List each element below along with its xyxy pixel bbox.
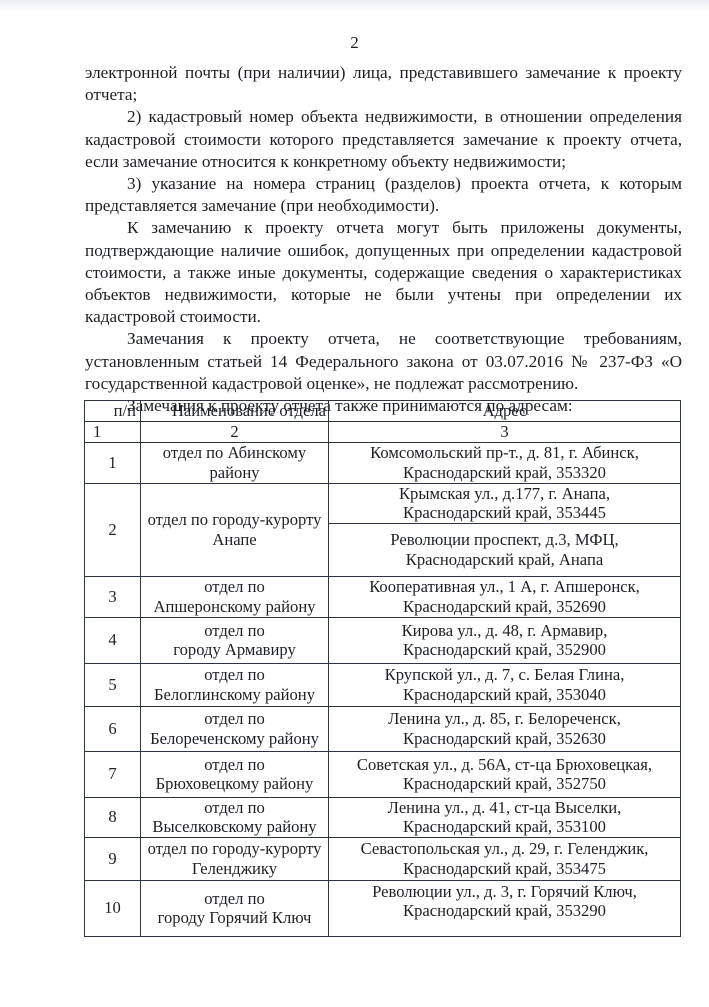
column-index: 1 — [85, 422, 141, 443]
department-name-line: Брюховецкому району — [143, 774, 326, 794]
scan-bleed-artifact — [0, 0, 709, 10]
department-address: Крымская ул., д.177, г. Анапа,Краснодарс… — [329, 483, 681, 523]
paragraph: 2) кадастровый номер объекта недвижимост… — [85, 106, 682, 173]
department-name-line: отдел по — [143, 621, 326, 641]
department-name-line: Анапе — [143, 530, 326, 550]
department-address: Советская ул., д. 56А, ст-ца Брюховецкая… — [329, 751, 681, 797]
department-name: отдел по городу-курортуГеленджику — [141, 837, 329, 880]
address-line: Краснодарский край, 353100 — [331, 817, 678, 837]
column-header-department: Наименование отдела — [141, 401, 329, 422]
department-name-line: отдел по городу-курорту — [143, 839, 326, 859]
address-line: Ленина ул., д. 85, г. Белореченск, — [331, 709, 678, 729]
address-line: Кирова ул., д. 48, г. Армавир, — [331, 621, 678, 641]
address-line: Краснодарский край, 353445 — [331, 503, 678, 523]
address-line: Революции проспект, д.3, МФЦ, — [331, 530, 678, 550]
department-name-line: Белоглинскому району — [143, 685, 326, 705]
table-body: 1отдел по АбинскомурайонуКомсомольский п… — [85, 442, 681, 936]
column-header-address: Адрес — [329, 401, 681, 422]
department-address: Ленина ул., д. 41, ст-ца Выселки,Краснод… — [329, 797, 681, 837]
address-line: Крымская ул., д.177, г. Анапа, — [331, 484, 678, 504]
address-line: Краснодарский край, 353040 — [331, 685, 678, 705]
address-line: Краснодарский край, 352690 — [331, 597, 678, 617]
row-number: 5 — [85, 663, 141, 706]
department-name: отдел по городу-курортуАнапе — [141, 483, 329, 576]
department-name: отдел поБрюховецкому району — [141, 751, 329, 797]
department-name-line: Выселковскому району — [143, 817, 326, 837]
table-index-row: 1 2 3 — [85, 422, 681, 443]
department-name-line: отдел по — [143, 755, 326, 775]
department-name-line: району — [143, 463, 326, 483]
table-row: 1отдел по АбинскомурайонуКомсомольский п… — [85, 442, 681, 483]
row-number: 1 — [85, 442, 141, 483]
row-number: 2 — [85, 483, 141, 576]
paragraph: 3) указание на номера страниц (разделов)… — [85, 173, 682, 217]
departments-address-table: п/п Наименование отдела Адрес 1 2 3 1отд… — [84, 400, 681, 937]
department-address: Революции проспект, д.3, МФЦ,Краснодарск… — [329, 523, 681, 576]
row-number: 8 — [85, 797, 141, 837]
address-line: Краснодарский край, 352630 — [331, 729, 678, 749]
address-line: Краснодарский край, 352900 — [331, 640, 678, 660]
department-name-line: Апшеронскому району — [143, 597, 326, 617]
page-number: 2 — [0, 33, 709, 53]
row-number: 6 — [85, 706, 141, 751]
department-name-line: городу Армавиру — [143, 640, 326, 660]
table-row: 9отдел по городу-курортуГеленджикуСеваст… — [85, 837, 681, 880]
paragraph: электронной почты (при наличии) лица, пр… — [85, 62, 682, 106]
table-row: 6отдел поБелореченскому районуЛенина ул.… — [85, 706, 681, 751]
department-name-line: отдел по — [143, 889, 326, 909]
table-header-row: п/п Наименование отдела Адрес — [85, 401, 681, 422]
address-line: Ленина ул., д. 41, ст-ца Выселки, — [331, 798, 678, 818]
department-name: отдел поБелоглинскому району — [141, 663, 329, 706]
address-line: Революции ул., д. 3, г. Горячий Ключ, — [331, 882, 678, 902]
paragraph: К замечанию к проекту отчета могут быть … — [85, 217, 682, 328]
department-name: отдел погороду Армавиру — [141, 617, 329, 663]
table-row: 5отдел поБелоглинскому районуКрупской ул… — [85, 663, 681, 706]
department-name-line: Белореченскому району — [143, 729, 326, 749]
department-name-line: Геленджику — [143, 859, 326, 879]
column-index: 3 — [329, 422, 681, 443]
department-address: Революции ул., д. 3, г. Горячий Ключ,Кра… — [329, 880, 681, 936]
department-address: Кирова ул., д. 48, г. Армавир,Краснодарс… — [329, 617, 681, 663]
column-header-number: п/п — [85, 401, 141, 422]
department-name: отдел поБелореченскому району — [141, 706, 329, 751]
address-line: Краснодарский край, 353475 — [331, 859, 678, 879]
body-text: электронной почты (при наличии) лица, пр… — [85, 62, 682, 417]
department-name-line: отдел по — [143, 665, 326, 685]
address-line: Краснодарский край, 353320 — [331, 463, 678, 483]
address-line: Советская ул., д. 56А, ст-ца Брюховецкая… — [331, 755, 678, 775]
row-number: 3 — [85, 576, 141, 617]
table-row: 7отдел поБрюховецкому районуСоветская ул… — [85, 751, 681, 797]
row-number: 9 — [85, 837, 141, 880]
department-address: Комсомольский пр-т., д. 81, г. Абинск,Кр… — [329, 442, 681, 483]
department-name-line: городу Горячий Ключ — [143, 908, 326, 928]
department-name: отдел поВыселковскому району — [141, 797, 329, 837]
column-index: 2 — [141, 422, 329, 443]
department-name: отдел погороду Горячий Ключ — [141, 880, 329, 936]
department-name-line: отдел по — [143, 709, 326, 729]
address-line: Севастопольская ул., д. 29, г. Геленджик… — [331, 839, 678, 859]
table-row: 10отдел погороду Горячий КлючРеволюции у… — [85, 880, 681, 936]
department-address: Севастопольская ул., д. 29, г. Геленджик… — [329, 837, 681, 880]
table-row: 8отдел поВыселковскому районуЛенина ул.,… — [85, 797, 681, 837]
table-row: 3отдел поАпшеронскому районуКооперативна… — [85, 576, 681, 617]
row-number: 7 — [85, 751, 141, 797]
address-line: Краснодарский край, 353290 — [331, 901, 678, 921]
paragraph: Замечания к проекту отчета, не соответст… — [85, 328, 682, 395]
address-line: Крупской ул., д. 7, с. Белая Глина, — [331, 665, 678, 685]
department-name-line: отдел по Абинскому — [143, 443, 326, 463]
row-number: 4 — [85, 617, 141, 663]
department-name-line: отдел по — [143, 798, 326, 818]
department-address: Крупской ул., д. 7, с. Белая Глина,Красн… — [329, 663, 681, 706]
department-name-line: отдел по городу-курорту — [143, 510, 326, 530]
table-row: 4отдел погороду АрмавируКирова ул., д. 4… — [85, 617, 681, 663]
address-line: Краснодарский край, Анапа — [331, 550, 678, 570]
address-line: Краснодарский край, 352750 — [331, 774, 678, 794]
department-name: отдел по Абинскомурайону — [141, 442, 329, 483]
department-name: отдел поАпшеронскому району — [141, 576, 329, 617]
department-address: Ленина ул., д. 85, г. Белореченск,Красно… — [329, 706, 681, 751]
address-line: Кооперативная ул., 1 А, г. Апшеронск, — [331, 577, 678, 597]
table-row: 2отдел по городу-курортуАнапеКрымская ул… — [85, 483, 681, 523]
department-name-line: отдел по — [143, 577, 326, 597]
row-number: 10 — [85, 880, 141, 936]
address-line: Комсомольский пр-т., д. 81, г. Абинск, — [331, 443, 678, 463]
department-address: Кооперативная ул., 1 А, г. Апшеронск,Кра… — [329, 576, 681, 617]
